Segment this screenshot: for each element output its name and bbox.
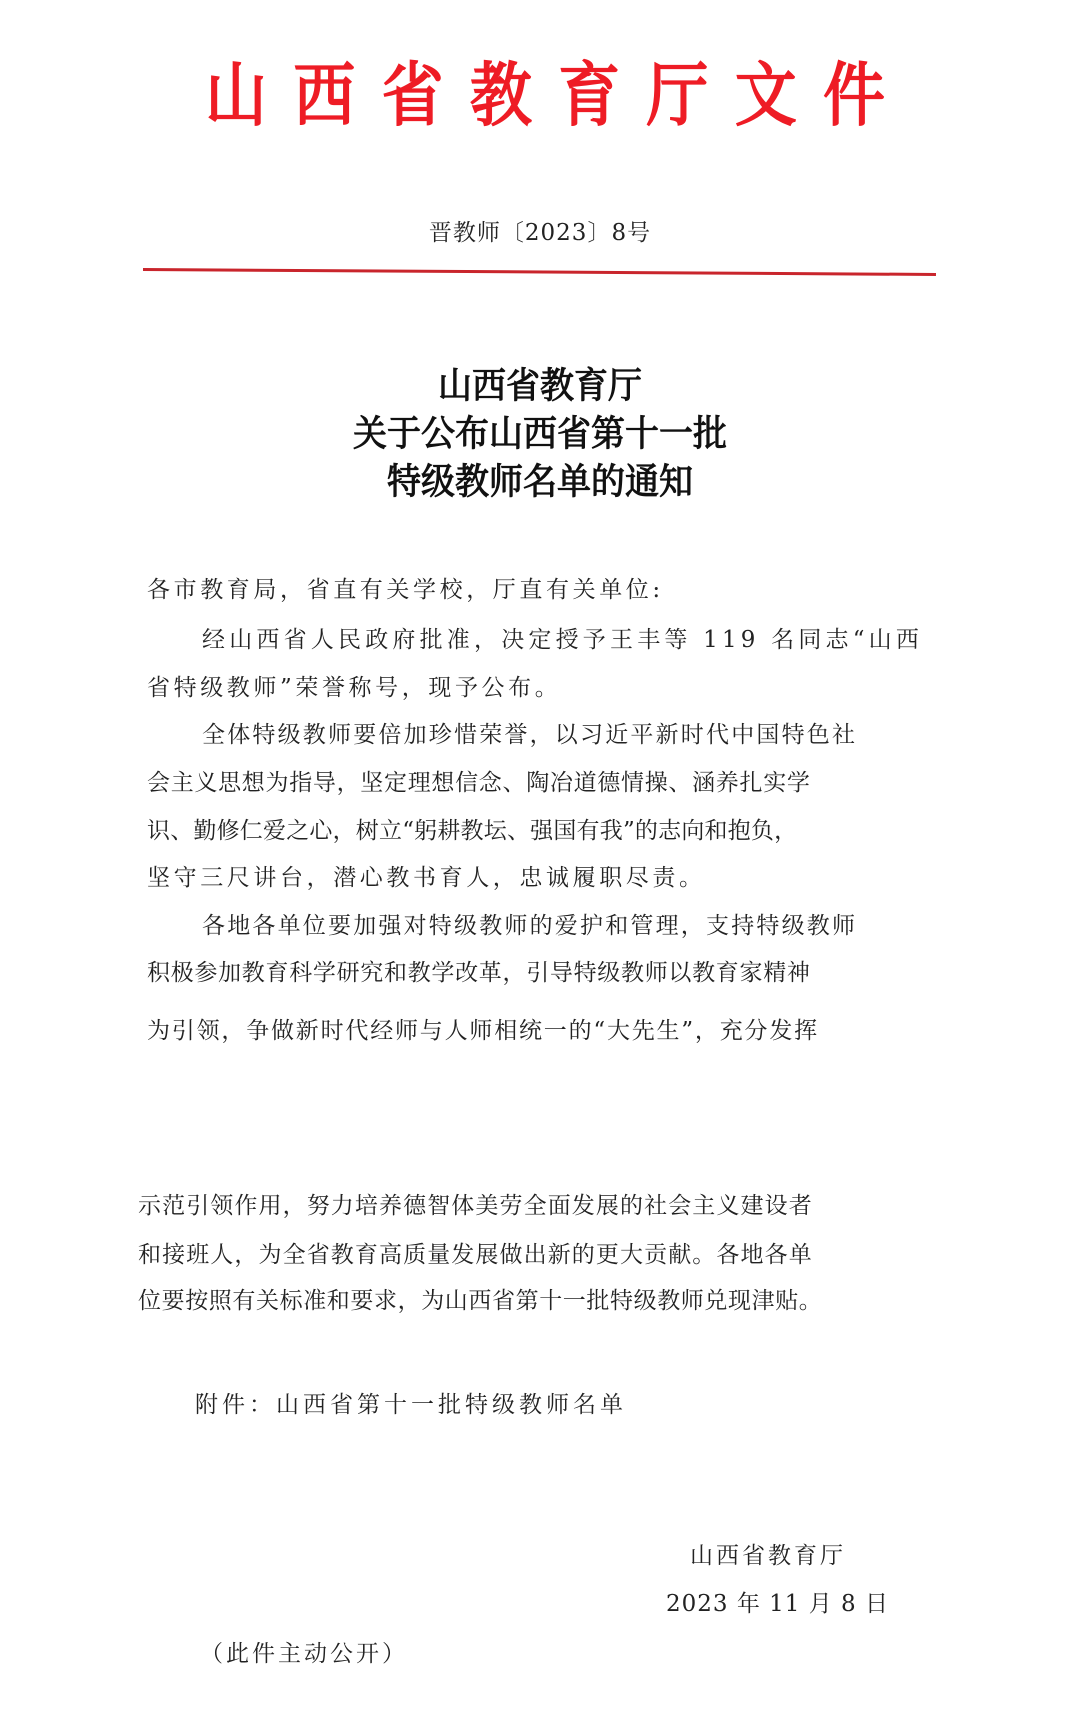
issuer-char: 省 xyxy=(382,39,444,139)
document-title: 山西省教育厅 关于公布山西省第十一批 特级教师名单的通知 xyxy=(0,362,1080,506)
issuer-char: 教 xyxy=(470,39,532,139)
body-line: 识、勤修仁爱之心，树立“躬耕教坛、强国有我”的志向和抱负， xyxy=(147,813,935,843)
body-line: 会主义思想为指导，坚定理想信念、陶冶道德情操、涵养扎实学 xyxy=(147,765,935,795)
issuer-char: 山 xyxy=(205,39,267,139)
signature-date: 2023 年 11 月 8 日 xyxy=(666,1585,889,1618)
salutation: 各市教育局，省直有关学校，厅直有关单位: xyxy=(147,572,664,602)
body-line: 示范引领作用，努力培养德智体美劳全面发展的社会主义建设者 xyxy=(138,1188,935,1218)
body-line: 各地各单位要加强对特级教师的爱护和管理，支持特级教师 xyxy=(202,908,935,938)
title-line: 关于公布山西省第十一批 xyxy=(0,409,1080,459)
body-line-text: 经山西省人民政府批准，决定授予王丰等 119 名同志“山西 xyxy=(202,621,923,654)
body-line-text: 和接班人，为全省教育高质量发展做出新的更大贡献。各地各单 xyxy=(138,1236,813,1269)
body-line: 和接班人，为全省教育高质量发展做出新的更大贡献。各地各单 xyxy=(138,1237,935,1267)
body-line-text: 为引领，争做新时代经师与人师相统一的“大先生”，充分发挥 xyxy=(147,1012,819,1045)
issuer-char: 件 xyxy=(823,39,885,139)
issuer-char: 育 xyxy=(558,39,620,139)
body-line: 省特级教师”荣誉称号，现予公布。 xyxy=(147,670,561,700)
body-line: 全体特级教师要倍加珍惜荣誉，以习近平新时代中国特色社 xyxy=(202,717,935,747)
salutation-text: 各市教育局，省直有关学校，厅直有关单位: xyxy=(147,571,664,604)
red-divider xyxy=(143,268,936,276)
body-line-text: 位要按照有关标准和要求，为山西省第十一批特级教师兑现津贴。 xyxy=(138,1282,822,1315)
body-line-text: 各地各单位要加强对特级教师的爱护和管理，支持特级教师 xyxy=(202,907,857,940)
body-line: 坚守三尺讲台，潜心教书育人，忠诚履职尽责。 xyxy=(147,860,706,890)
body-line-text: 示范引领作用，努力培养德智体美劳全面发展的社会主义建设者 xyxy=(138,1187,813,1220)
body-line-text: 省特级教师”荣誉称号，现予公布。 xyxy=(147,669,561,702)
issuer-char: 厅 xyxy=(646,39,708,139)
body-line-text: 坚守三尺讲台，潜心教书育人，忠诚履职尽责。 xyxy=(147,859,706,892)
title-line: 特级教师名单的通知 xyxy=(0,457,1080,507)
attachment-text: 附件：山西省第十一批特级教师名单 xyxy=(195,1386,627,1419)
title-line: 山西省教育厅 xyxy=(0,361,1080,411)
body-line: 位要按照有关标准和要求，为山西省第十一批特级教师兑现津贴。 xyxy=(138,1283,935,1313)
disclosure-note: （此件主动公开） xyxy=(200,1635,408,1668)
body-line: 积极参加教育科学研究和教学改革，引导特级教师以教育家精神 xyxy=(147,955,935,985)
body-line-text: 会主义思想为指导，坚定理想信念、陶冶道德情操、涵养扎实学 xyxy=(147,764,811,797)
issuer-header: 山 西 省 教 育 厅 文 件 xyxy=(205,44,885,134)
document-number: 晋教师〔2023〕8号 xyxy=(0,214,1080,247)
issuer-char: 西 xyxy=(293,39,355,139)
attachment-note: 附件：山西省第十一批特级教师名单 xyxy=(195,1387,627,1417)
body-line: 为引领，争做新时代经师与人师相统一的“大先生”，充分发挥 xyxy=(147,1013,935,1043)
body-line-text: 全体特级教师要倍加珍惜荣誉，以习近平新时代中国特色社 xyxy=(202,716,857,749)
body-line: 经山西省人民政府批准，决定授予王丰等 119 名同志“山西 xyxy=(202,622,935,652)
body-line-text: 识、勤修仁爱之心，树立“躬耕教坛、强国有我”的志向和抱负， xyxy=(147,812,797,845)
body-line-text: 积极参加教育科学研究和教学改革，引导特级教师以教育家精神 xyxy=(147,954,811,987)
signature-organization: 山西省教育厅 xyxy=(690,1537,846,1570)
issuer-char: 文 xyxy=(735,39,797,139)
